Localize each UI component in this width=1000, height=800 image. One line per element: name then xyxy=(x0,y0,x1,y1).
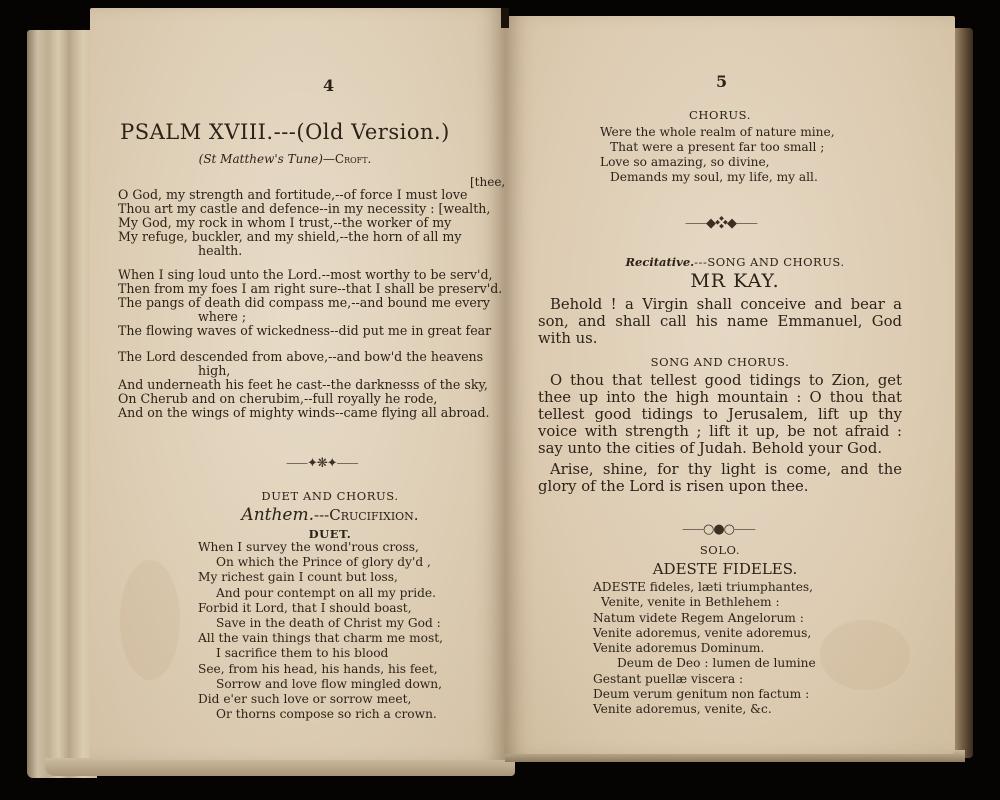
hymn-line: Sorrow and love flow mingled down, xyxy=(198,677,468,692)
chorus-line: Demands my soul, my life, my all. xyxy=(600,170,860,185)
tune-line: (St Matthew's Tune)—Croft. xyxy=(95,152,475,166)
psalm-stanza-1: O God, my strength and fortitude,--of fo… xyxy=(118,188,498,258)
verse-line: When I sing loud unto the Lord.--most wo… xyxy=(118,268,498,282)
chorus-line: That were a present far too small ; xyxy=(600,140,860,155)
adeste-fideles-verse: ADESTE fideles, læti triumphantes, Venit… xyxy=(593,580,893,718)
stain xyxy=(120,560,180,680)
tune-composer: —Croft. xyxy=(323,152,371,166)
latin-line: Venite adoremus Dominum. xyxy=(593,641,893,656)
behold-passage: Behold ! a Virgin shall conceive and bea… xyxy=(538,296,902,347)
verse-line: The flowing waves of wickedness--did put… xyxy=(118,324,498,338)
verse-line: And on the wings of mighty winds--came f… xyxy=(118,406,498,420)
anthem-label: Anthem. xyxy=(241,505,314,525)
adeste-title: ADESTE FIDELES. xyxy=(560,560,890,578)
hymn-line: Or thorns compose so rich a crown. xyxy=(198,707,468,722)
performer-name: MR KAY. xyxy=(540,270,930,292)
prose-paragraph: Arise, shine, for thy light is come, and… xyxy=(538,461,902,495)
prose-paragraph: Behold ! a Virgin shall conceive and bea… xyxy=(538,296,902,347)
latin-line: Venite adoremus, venite, &c. xyxy=(593,702,893,717)
ornament-divider: ⸺◆❖◆⸺ xyxy=(685,212,757,231)
anthem-title: ---Crucifixion. xyxy=(314,506,419,524)
verse-line: high, xyxy=(118,364,498,378)
psalm-stanza-3: The Lord descended from above,--and bow'… xyxy=(118,350,498,420)
latin-line: Gestant puellæ viscera : xyxy=(593,672,893,687)
verse-line: health. xyxy=(118,244,498,258)
latin-line: Venite adoremus, venite adoremus, xyxy=(593,626,893,641)
hymn-line: When I survey the wond'rous cross, xyxy=(198,540,468,555)
verse-line: Thou art my castle and defence--in my ne… xyxy=(118,202,498,216)
hymn-line: Save in the death of Christ my God : xyxy=(198,616,468,631)
hymn-line: See, from his head, his hands, his feet, xyxy=(198,662,468,677)
prose-paragraph: O thou that tellest good tidings to Zion… xyxy=(538,372,902,457)
psalm-stanza-2: When I sing loud unto the Lord.--most wo… xyxy=(118,268,498,338)
recitative-title: ---SONG AND CHORUS. xyxy=(694,255,844,269)
chorus-heading: CHORUS. xyxy=(600,108,840,122)
spine xyxy=(501,8,509,28)
verse-line: And underneath his feet he cast--the dar… xyxy=(118,378,498,392)
verse-line: The pangs of death did compass me,--and … xyxy=(118,296,498,310)
page-edges-left xyxy=(27,30,97,778)
latin-line: Natum videte Regem Angelorum : xyxy=(593,611,893,626)
latin-line: Deum verum genitum non factum : xyxy=(593,687,893,702)
zion-passage: O thou that tellest good tidings to Zion… xyxy=(538,372,902,495)
page-edges-right xyxy=(953,28,973,758)
ornament-divider: ⸺○●○⸺ xyxy=(682,518,755,537)
verse-line: where ; xyxy=(118,310,498,324)
hymn-crucifixion: When I survey the wond'rous cross, On wh… xyxy=(198,540,468,722)
latin-line: Venite, venite in Bethlehem : xyxy=(593,595,893,610)
recitative-label: Recitative. xyxy=(625,255,694,269)
verse-line: O God, my strength and fortitude,--of fo… xyxy=(118,188,498,202)
verse-line: On Cherub and on cherubim,--full royally… xyxy=(118,392,498,406)
hymn-line: And pour contempt on all my pride. xyxy=(198,586,468,601)
solo-heading: SOLO. xyxy=(600,543,840,557)
hymn-line: Did e'er such love or sorrow meet, xyxy=(198,692,468,707)
verse-line: My God, my rock in whom I trust,--the wo… xyxy=(118,216,498,230)
anthem-heading: Anthem.---Crucifixion. xyxy=(210,505,450,525)
chorus-verse: Were the whole realm of nature mine, Tha… xyxy=(600,125,860,185)
hymn-line: My richest gain I count but loss, xyxy=(198,570,468,585)
recitative-heading: Recitative.---SONG AND CHORUS. xyxy=(540,255,930,269)
latin-line: ADESTE fideles, læti triumphantes, xyxy=(593,580,893,595)
chorus-line: Love so amazing, so divine, xyxy=(600,155,860,170)
latin-line: Deum de Deo : lumen de lumine xyxy=(593,656,893,671)
hymn-line: I sacrifice them to his blood xyxy=(198,646,468,661)
bracket-thee: [thee, xyxy=(470,175,505,189)
verse-line: My refuge, buckler, and my shield,--the … xyxy=(118,230,498,244)
psalm-title: PSALM XVIII.---(Old Version.) xyxy=(95,120,475,144)
duet-and-chorus-heading: DUET AND CHORUS. xyxy=(210,489,450,503)
song-and-chorus-heading: SONG AND CHORUS. xyxy=(600,355,840,369)
tune-name: (St Matthew's Tune) xyxy=(199,152,323,166)
hymn-line: Forbid it Lord, that I should boast, xyxy=(198,601,468,616)
chorus-line: Were the whole realm of nature mine, xyxy=(600,125,860,140)
duet-heading: DUET. xyxy=(210,527,450,541)
page-number-left: 4 xyxy=(323,76,334,95)
page-number-right: 5 xyxy=(716,72,727,91)
ornament-divider: ⸺✦❋✦⸺ xyxy=(286,452,358,471)
hymn-line: On which the Prince of glory dy'd , xyxy=(198,555,468,570)
page-edges-bottom-left xyxy=(45,758,515,776)
hymn-line: All the vain things that charm me most, xyxy=(198,631,468,646)
verse-line: The Lord descended from above,--and bow'… xyxy=(118,350,498,364)
verse-line: Then from my foes I am right sure--that … xyxy=(118,282,498,296)
